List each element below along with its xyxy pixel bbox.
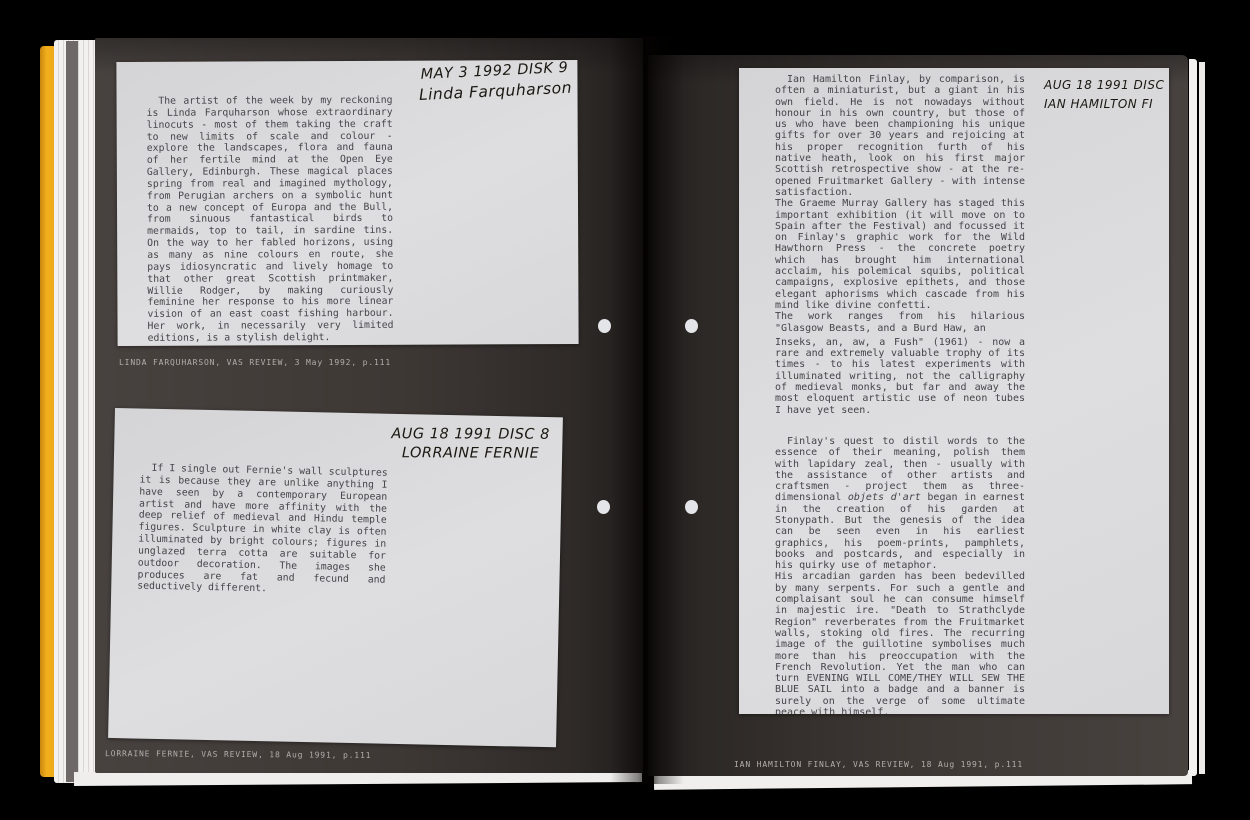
clipping-text-segment: The Graeme Murray Gallery has staged thi… <box>775 198 1025 311</box>
clipping-ian-hamilton-finlay: AUG 18 1991 DISC IAN HAMILTON FI Ian Ham… <box>739 68 1169 714</box>
clipping-linda-farquharson: MAY 3 1992 DISK 9 Linda Farquharson The … <box>116 60 578 346</box>
clipping-caption: IAN HAMILTON FINLAY, VAS REVIEW, 18 Aug … <box>734 760 1023 769</box>
clipping-paragraph: Finlay's quest to distil words to the es… <box>775 436 1025 572</box>
left-page: MAY 3 1992 DISK 9 Linda Farquharson The … <box>95 38 643 773</box>
binding-hole <box>685 319 698 333</box>
clipping-paragraph: The Graeme Murray Gallery has staged thi… <box>775 198 1025 311</box>
right-page: AUG 18 1991 DISC IAN HAMILTON FI Ian Ham… <box>648 55 1188 776</box>
clipping-caption: LORRAINE FERNIE, VAS REVIEW, 18 Aug 1991… <box>105 749 371 760</box>
clipping-text: If I single out Fernie's wall sculptures… <box>137 463 388 598</box>
clipping-caption: LINDA FARQUHARSON, VAS REVIEW, 3 May 199… <box>119 358 391 367</box>
book-spine-edge <box>40 46 55 777</box>
binding-hole <box>598 319 611 333</box>
clipping-text-segment: The work ranges from his hilarious "Glas… <box>775 311 1025 333</box>
page-edge-right-inner <box>1199 62 1205 774</box>
handwritten-annotation: MAY 3 1992 DISK 9 Linda Farquharson <box>418 59 573 105</box>
page-edge-right-outer <box>1189 59 1197 776</box>
clipping-paragraph: If I single out Fernie's wall sculptures… <box>137 463 388 598</box>
clipping-text-segment: His arcadian garden has been bedevilled … <box>775 571 1025 714</box>
clipping-text: Ian Hamilton Finlay, by comparison, is o… <box>775 74 1025 714</box>
clipping-text-segment: Inseks, an, aw, a Fush" (1961) - now a r… <box>775 337 1025 416</box>
clipping-lorraine-fernie: AUG 18 1991 DISC 8 LORRAINE FERNIE If I … <box>108 408 563 747</box>
clipping-text-segment: Ian Hamilton Finlay, by comparison, is o… <box>775 74 1025 198</box>
handwritten-annotation: AUG 18 1991 DISC 8 LORRAINE FERNIE <box>392 425 551 463</box>
handwriting-date: AUG 18 1991 DISC <box>1044 76 1164 95</box>
clipping-paragraph: Ian Hamilton Finlay, by comparison, is o… <box>775 74 1025 198</box>
clipping-text-segment: If I single out Fernie's wall sculptures… <box>137 463 388 595</box>
binding-hole <box>597 500 610 514</box>
clipping-paragraph: Inseks, an, aw, a Fush" (1961) - now a r… <box>775 337 1025 416</box>
handwriting-name: IAN HAMILTON FI <box>1044 95 1164 114</box>
binding-hole <box>685 500 698 514</box>
page-edge-dark-stripe <box>66 41 78 782</box>
handwriting-name: LORRAINE FERNIE <box>392 444 551 463</box>
handwritten-annotation: AUG 18 1991 DISC IAN HAMILTON FI <box>1044 76 1164 113</box>
book-photo: MAY 3 1992 DISK 9 Linda Farquharson The … <box>0 0 1250 820</box>
clipping-paragraph: His arcadian garden has been bedevilled … <box>775 571 1025 714</box>
handwriting-date: AUG 18 1991 DISC 8 <box>392 425 551 444</box>
clipping-text-segment: The artist of the week by my reckoning i… <box>147 95 394 344</box>
clipping-paragraph: The work ranges from his hilarious "Glas… <box>775 311 1025 334</box>
clipping-text-segment: began in earnest in the creation of his … <box>775 492 1025 571</box>
clipping-text-segment: objets d'art <box>848 492 921 503</box>
clipping-paragraph: The artist of the week by my reckoning i… <box>147 95 394 345</box>
clipping-text: The artist of the week by my reckoning i… <box>147 95 394 345</box>
